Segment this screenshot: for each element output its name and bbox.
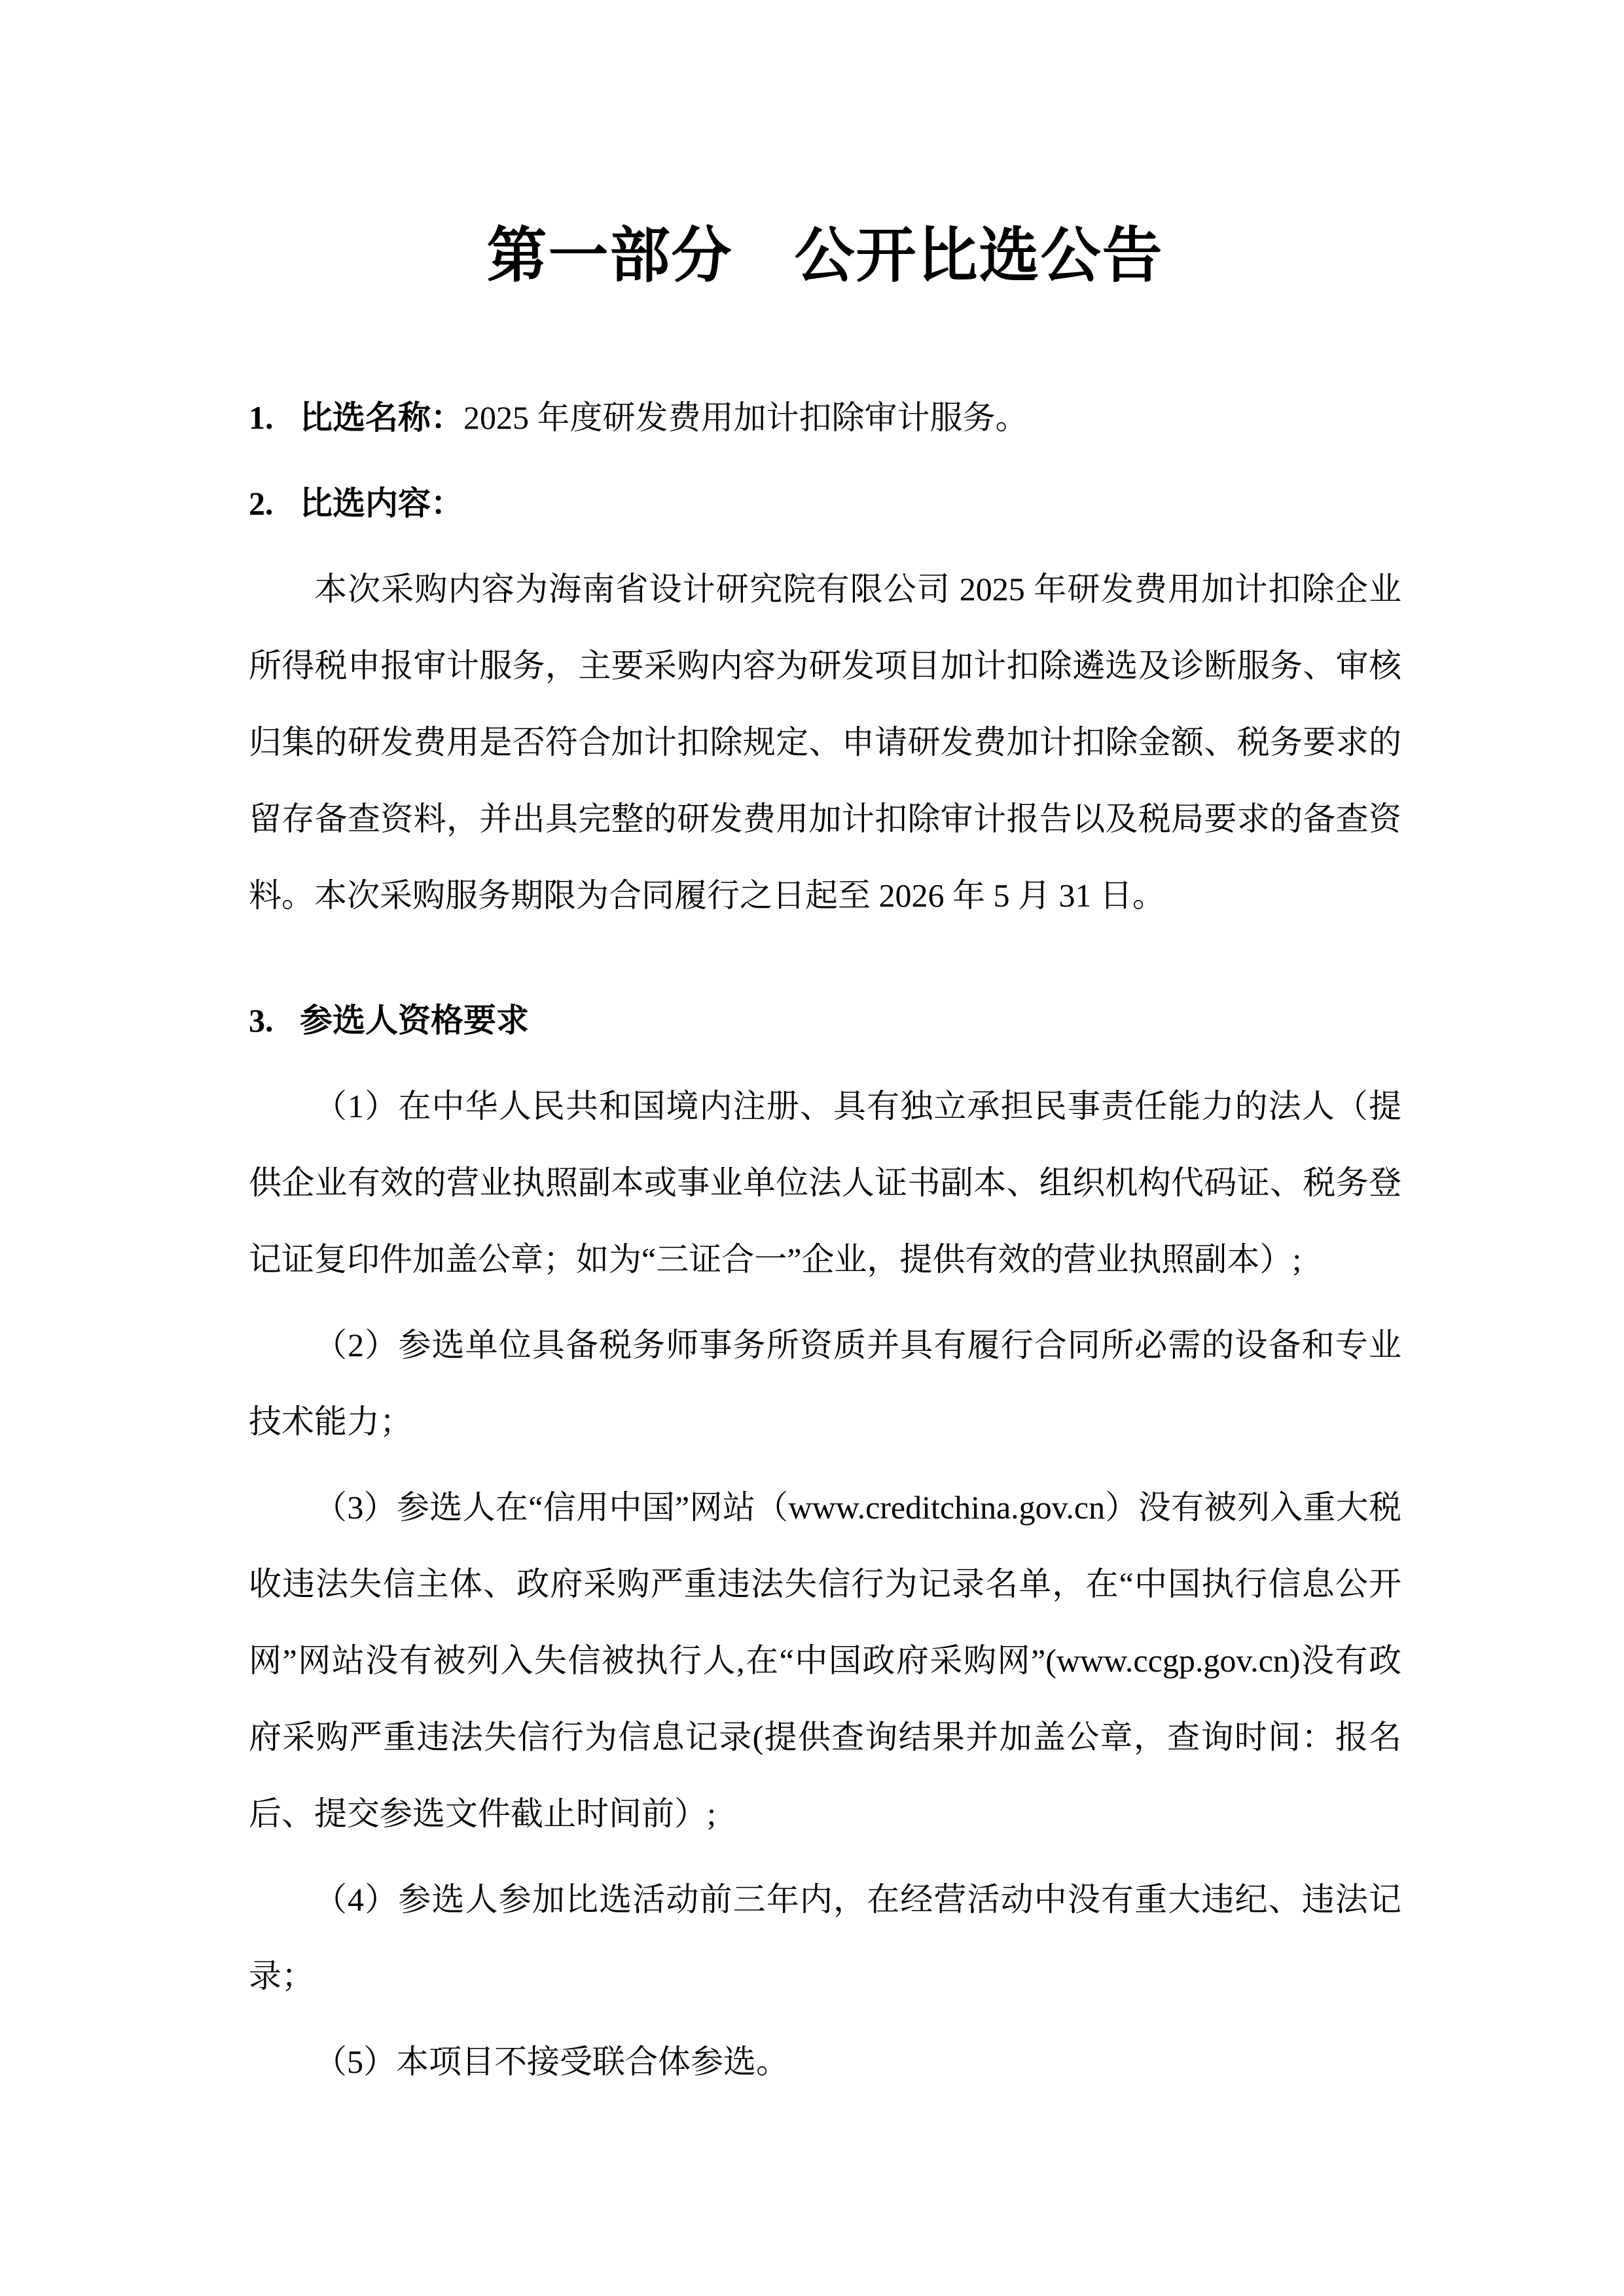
requirement-paragraph-4: （4）参选人参加比选活动前三年内，在经营活动中没有重大违纪、违法记录； xyxy=(249,1861,1401,2015)
requirement-paragraph-2: （2）参选单位具备税务师事务所资质并具有履行合同所必需的设备和专业技术能力； xyxy=(249,1307,1401,1460)
page-title: 第一部分 公开比选公告 xyxy=(249,211,1401,301)
list-item-label: 参选人资格要求 xyxy=(300,1002,529,1039)
document-page: 第一部分 公开比选公告 1.比选名称：2025 年度研发费用加计扣除审计服务。 … xyxy=(0,0,1624,2296)
bid-content-paragraph: 本次采购内容为海南省设计研究院有限公司 2025 年研发费用加计扣除企业所得税申… xyxy=(249,551,1401,934)
list-number: 3. xyxy=(249,982,300,1059)
requirement-paragraph-3: （3）参选人在“信用中国”网站（www.creditchina.gov.cn）没… xyxy=(249,1469,1401,1852)
list-number: 2. xyxy=(249,465,300,542)
list-item-bid-content: 2.比选内容： xyxy=(249,465,1401,542)
list-item-qualification-requirements: 3.参选人资格要求 xyxy=(249,982,1401,1059)
list-number: 1. xyxy=(249,380,300,456)
list-item-label: 比选名称： xyxy=(300,399,463,436)
list-item-label: 比选内容： xyxy=(300,485,463,522)
requirement-paragraph-5: （5）本项目不接受联合体参选。 xyxy=(249,2024,1401,2100)
list-item-bid-name: 1.比选名称：2025 年度研发费用加计扣除审计服务。 xyxy=(249,380,1401,456)
list-item-text: 2025 年度研发费用加计扣除审计服务。 xyxy=(463,399,1028,436)
requirement-paragraph-1: （1）在中华人民共和国境内注册、具有独立承担民事责任能力的法人（提供企业有效的营… xyxy=(249,1068,1401,1298)
